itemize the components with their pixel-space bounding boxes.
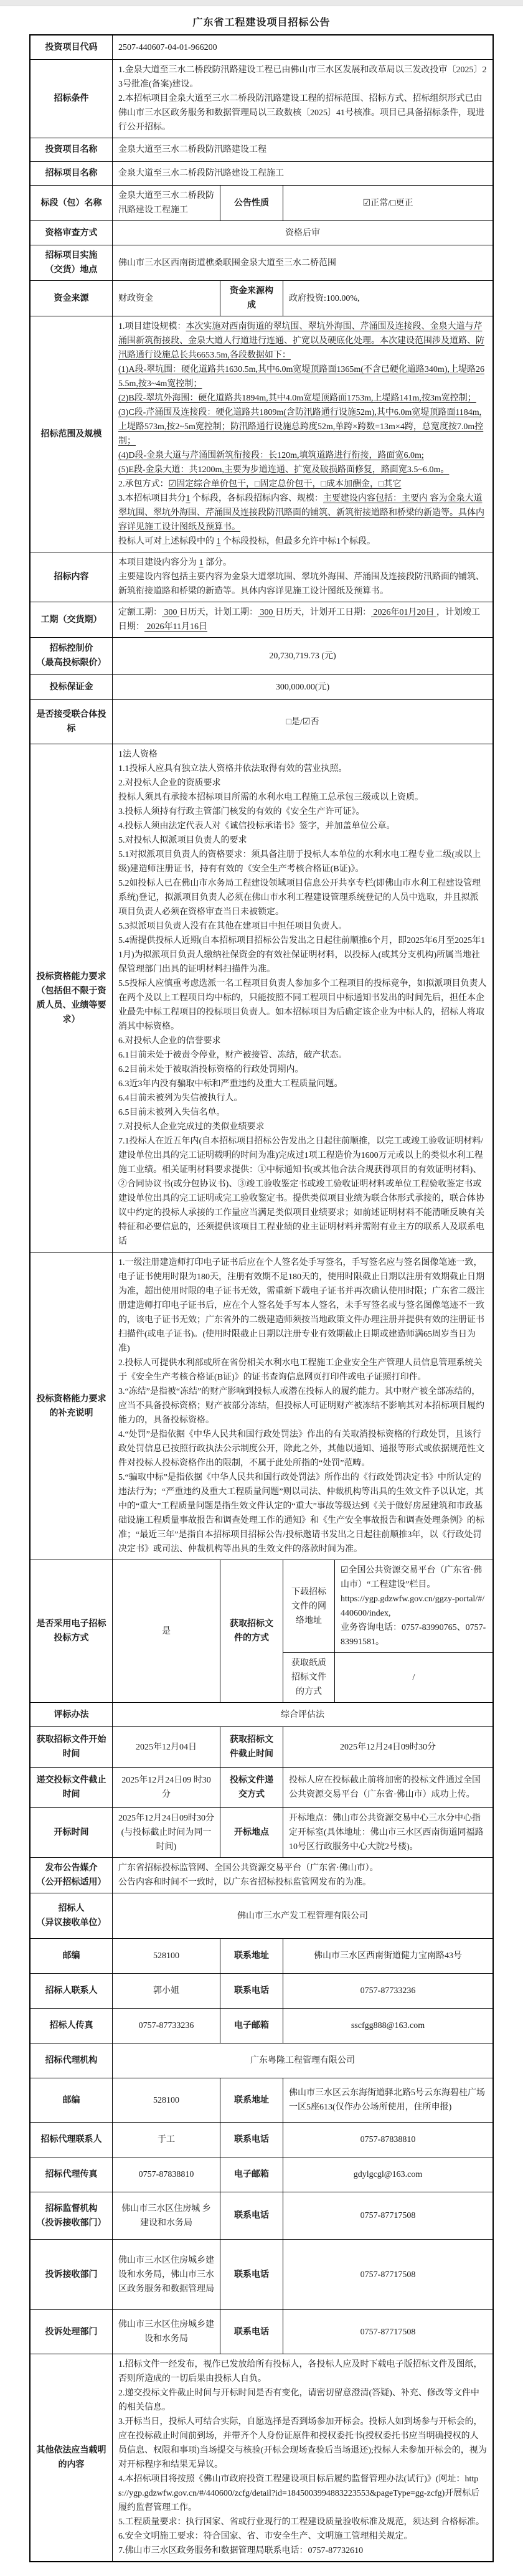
text-segment: 6.1目前未处于被责令停业，财产被接管、冻结，破产状态。 xyxy=(118,1051,347,1060)
obtain-documents-method-label: 获取招标文件的方式 xyxy=(220,1560,283,1702)
row-funding-source: 资金来源财政资金资金来源构成政府投资:100.00%, xyxy=(31,280,492,316)
bid-opening-time-label: 开标时间 xyxy=(31,1808,112,1857)
text-segment: 招标代理传真 xyxy=(45,2170,98,2179)
text-segment: 2026年01月20日 xyxy=(371,608,436,617)
paper-documents-label: 获取纸质招标文件的方式 xyxy=(283,1653,334,1702)
text-segment: 投标人应在投标截止前将加密的投标文件通过全国公共资源交易平台（广东省·佛山市）成… xyxy=(289,1776,481,1799)
row-investment-project-code: 投资项目代码2507-440607-04-01-966200 xyxy=(31,36,492,59)
text-segment: 0757-87733236 xyxy=(139,2021,194,2030)
text-segment: 公告内容和时间不一致时，以广东省招标投标监管网发布的为准。 xyxy=(118,1878,371,1887)
text-segment: 1.一级注册建造师打印电子证书后应在个人签名处手写签名，手写签名应与签名图像笔迹… xyxy=(118,1258,484,1353)
announcement-media-value: 广东省招标投标监管网、全国公共资源交易平台（广东省·佛山市）。公告内容和时间不一… xyxy=(112,1858,492,1893)
text-segment: 获取招标文件开始时间 xyxy=(37,1735,106,1759)
supervision-phone-label: 联系电话 xyxy=(220,2192,283,2239)
text-segment: （包括但不限于资质人员、业绩等要求） xyxy=(37,987,106,1025)
supervision-agency-value: 佛山市三水区住房城 乡建设和水务局 xyxy=(112,2192,220,2239)
text-segment: 广东省招标投标监管网、全国公共资源交易平台（广东省·佛山市）。 xyxy=(118,1863,379,1873)
paragraph: 2.承包方式：☑固定综合单价包干，□固定总价包干，□成本加酬金，□其它 xyxy=(118,477,487,491)
text-segment: 1 xyxy=(199,558,204,567)
text-segment: 其他依法应当载明的内容 xyxy=(37,2446,106,2469)
paragraph: 主要建设内容包括主要内容为金泉大道翠坑围、翠坑外海围、芹涌围及连接段防汛路面的铺… xyxy=(118,570,487,599)
paragraph: 佛山市三水区住房城乡建设和水务局，佛山市三水区政务服务和数据管理局 xyxy=(118,2253,214,2296)
text-segment: 金泉大道至三水二桥段防汛路建设工程施工 xyxy=(118,169,284,178)
agency-contact-label: 招标代理联系人 xyxy=(31,2123,112,2157)
paragraph: 佛山市三水产发工程管理有限公司 xyxy=(118,1909,487,1923)
text-segment: 联系电话 xyxy=(234,2270,269,2280)
row-obtain-documents-time: 获取招标文件开始时间2025年12月04日获取招标文件截止时间2025年12月2… xyxy=(31,1726,492,1767)
row-tenderer-fax: 招标人传真0757-87733236电子邮箱sscfgg888@163.com xyxy=(31,2008,492,2043)
paragraph: 招标控制价 xyxy=(36,642,106,656)
text-segment: 投标资格能力要求 xyxy=(37,972,106,982)
bidding-scope-label: 招标范围及规模 xyxy=(31,316,112,552)
tenderer-label: 招标人（异议接收单位） xyxy=(31,1893,112,1938)
paragraph: 资金来源构成 xyxy=(226,284,277,313)
text-segment: 财政资金 xyxy=(118,294,153,303)
row-bidding-project-name: 招标项目名称金泉大道至三水二桥段防汛路建设工程施工 xyxy=(31,161,492,185)
row-project-location: 招标项目实施（交货）地点佛山市三水区西南街道樵桑联围金泉大道至三水二桥范围 xyxy=(31,245,492,280)
qualification-review-label: 资格审查方式 xyxy=(31,221,112,245)
announcement-nature-value: ☑正常/□更正 xyxy=(283,186,492,220)
paragraph: ☑全国公共资源交易平台（广东省·佛山市）“工程建设”栏目。 xyxy=(341,1563,487,1592)
text-segment: 0757-87717508 xyxy=(360,2211,416,2220)
paragraph: 金泉大道至三水二桥段防汛路建设工程 xyxy=(118,143,487,157)
paragraph: 郭小姐 xyxy=(118,1984,214,1998)
text-segment: 300 xyxy=(162,608,179,617)
text-segment: (5)E段-金泉大道：共1200m,主要为步道连通、扩宽及破损路面修复，路面宽3… xyxy=(118,465,449,475)
paragraph: 获取招标文件开始时间 xyxy=(36,1733,106,1761)
paragraph: 联系电话 xyxy=(226,2325,277,2339)
bid-bond-value: 300,000.00(元) xyxy=(112,675,492,699)
paragraph: 528100 xyxy=(118,1949,214,1963)
paragraph: 4.本招标项目将按照《佛山市政府投资工程建设项目标后履约监督管理办法(试行)》(… xyxy=(118,2472,487,2515)
bidding-content-value: 本项目建设内容分为 1 部分。主要建设内容包括主要内容为金泉大道翠坑围、翠坑外海… xyxy=(112,552,492,602)
text-segment: 20,730,719.73 (元) xyxy=(269,651,336,661)
paragraph: 广东省招标投标监管网、全国公共资源交易平台（广东省·佛山市）。 xyxy=(118,1861,487,1875)
text-segment: 投标保证金 xyxy=(50,683,93,692)
download-url-label: 下载招标文件的网络地址 xyxy=(283,1560,334,1652)
paragraph: 联系地址 xyxy=(226,2093,277,2108)
text-segment: 评标办法 xyxy=(54,1710,89,1720)
text-segment: 佛山市三水区西南街道樵桑联围金泉大道至三水二桥范围 xyxy=(118,258,336,268)
paragraph: 工期（交货期） xyxy=(36,613,106,627)
construction-period-value: 定额工期： 300 日历天，计划工期： 300 日历天，计划开工日期： 2026… xyxy=(112,602,492,637)
paragraph: 邮编 xyxy=(36,2093,106,2108)
paragraph: 2.投标人可提供水利部或所在省份相关水利水电工程施工企业安全生产管理人员信息管理… xyxy=(118,1356,487,1385)
text-segment: 个标段，各标段招标内容、规模： xyxy=(191,494,324,503)
complaint-handling-label: 投诉处理部门 xyxy=(31,2310,112,2354)
paragraph: 佛山市三水区住房城 乡建设和水务局 xyxy=(118,2202,214,2230)
paragraph: 0757-87733236 xyxy=(289,1984,487,1998)
text-segment: 1.金泉大道至三水二桥段防汛路建设工程已由佛山市三水区发展和改革局以三发改投审〔… xyxy=(118,65,487,89)
text-segment: 0757-87717508 xyxy=(360,2270,416,2280)
consortium-bidding-label: 是否接受联合体投标 xyxy=(31,700,112,744)
row-complaint-receiving: 投诉接收部门佛山市三水区住房城乡建设和水务局，佛山市三水区政务服务和数据管理局联… xyxy=(31,2239,492,2309)
text-segment: 3.本招标项目共分 xyxy=(118,494,186,503)
agency-postcode-value: 528100 xyxy=(112,2078,220,2122)
text-segment: (2)B段-翠坑外海围：硬化道路共1894m,其中4.0m宽堤顶路面1753m,… xyxy=(118,394,476,403)
text-segment: 投标文件递交方式 xyxy=(230,1776,273,1799)
paragraph: 1法人资格 xyxy=(118,747,487,762)
paragraph: (2)B段-翠坑外海围：硬化道路共1894m,其中4.0m宽堤顶路面1753m,… xyxy=(118,391,487,405)
bidding-conditions-value: 1.金泉大道至三水二桥段防汛路建设工程已由佛山市三水区发展和改革局以三发改投审〔… xyxy=(112,60,492,138)
paragraph: 邮编 xyxy=(36,1949,106,1963)
paragraph: 本项目建设内容分为 1 部分。 xyxy=(118,556,487,570)
text-segment: 日历天，计划开工日期： xyxy=(275,608,371,617)
paragraph: 6.5目前未被列入失信名单。 xyxy=(118,1106,487,1120)
paragraph: 5.2如投标人已在佛山市水务局工程建设领域项目信息公开共享专栏(即佛山市水利工程… xyxy=(118,876,487,919)
paragraph: 2025年12月24日09 时30分 xyxy=(118,1773,214,1802)
paragraph: 佛山市三水区住房城乡建设和水务局 xyxy=(118,2318,214,2346)
submission-method-label: 投标文件递交方式 xyxy=(220,1768,283,1807)
text-segment: 资金来源构成 xyxy=(230,286,273,310)
row-consortium-bidding: 是否接受联合体投标□是/☑否 xyxy=(31,699,492,744)
paragraph: 投诉处理部门 xyxy=(36,2325,106,2339)
paragraph: 2.递交投标文件截止时间与开标时间是否有变化，请密切留意澄清(答疑)、补充、修改… xyxy=(118,2386,487,2415)
complaint-receiving-phone-value: 0757-87717508 xyxy=(283,2240,492,2309)
paragraph: 投诉接收部门 xyxy=(36,2268,106,2282)
paragraph: 5.1对拟派项目负责人的资格要求：须具备注册于投标人本单位的水利水电工程专业二级… xyxy=(118,848,487,876)
investment-project-name-label: 投资项目名称 xyxy=(31,138,112,161)
paragraph: 招标人联系人 xyxy=(36,1984,106,1998)
submission-deadline-label: 递交投标文件截止时间 xyxy=(31,1768,112,1807)
complaint-receiving-phone-label: 联系电话 xyxy=(220,2240,283,2309)
paragraph: （包括但不限于资质人员、业绩等要求） xyxy=(36,984,106,1027)
tenderer-email-label: 电子邮箱 xyxy=(220,2009,283,2043)
paragraph: 2507-440607-04-01-966200 xyxy=(118,40,487,55)
paragraph: 3.“冻结”是指被“冻结”的财产影响到投标人或潜在投标人的履约能力。其中财产被全… xyxy=(118,1385,487,1428)
text-segment: 6.安全文明施工要求：符合国家、省、市安全生产、文明施工管理相关规定。 xyxy=(118,2532,413,2541)
paragraph: 政府投资:100.00%, xyxy=(289,291,487,306)
text-segment: 电子邮箱 xyxy=(234,2021,269,2030)
investment-project-name-value: 金泉大道至三水二桥段防汛路建设工程 xyxy=(112,138,492,161)
text-segment: 528100 xyxy=(153,2096,179,2105)
paragraph: 3.投标人须持有行政主管部门核发的有效的《安全生产许可证》。 xyxy=(118,805,487,819)
paragraph: 招标项目实施 xyxy=(36,249,106,263)
text-segment: 部分。 xyxy=(204,558,232,567)
consortium-bidding-value: □是/☑否 xyxy=(112,700,492,744)
paragraph: 7.对投标人企业完成过的类似业绩要求 xyxy=(118,1120,487,1134)
tenderer-address-label: 联系地址 xyxy=(220,1939,283,1973)
bidding-content-label: 招标内容 xyxy=(31,552,112,602)
text-segment: 下载招标文件的网络地址 xyxy=(291,1588,326,1626)
text-segment: 佛山市三水区住房城乡建设和水务局 xyxy=(118,2320,214,2344)
evaluation-method-value: 综合评估法 xyxy=(112,1703,492,1726)
investment-project-code-label: 投资项目代码 xyxy=(31,36,112,59)
row-tenderer-contact: 招标人联系人郭小姐联系电话0757-87733236 xyxy=(31,1973,492,2008)
text-segment: (4)D段-金泉大道与芹涌围新筑衔接段：长120m,填筑道路进行衔接，路面宽6.… xyxy=(118,451,424,460)
paragraph: 300,000.00(元) xyxy=(118,680,487,694)
qualification-requirements-value: 1法人资格1.1投标人应具有独立法人资格并依法取得有效的营业执照。2.对投标人企… xyxy=(112,744,492,1252)
text-segment: 5.2如投标人已在佛山市水务局工程建设领域项目信息公开共享专栏(即佛山市水利工程… xyxy=(118,879,481,917)
text-segment: 2025年12月04日 xyxy=(136,1743,197,1752)
text-segment: 是 xyxy=(162,1627,171,1636)
text-segment: 综合评估法 xyxy=(281,1710,324,1720)
text-segment: 佛山市三水区住房城乡建设和水务局，佛山市三水区政务服务和数据管理局 xyxy=(118,2256,214,2294)
row-control-price: 招标控制价（最高投标限价）20,730,719.73 (元) xyxy=(31,637,492,674)
paragraph: 1.项目建设规模：本次实施对西南街道的翠坑围、翠坑外海围、芹涌围及连接段、金泉大… xyxy=(118,320,487,362)
tenderer-contact-label: 招标人联系人 xyxy=(31,1974,112,2008)
text-segment: 招标内容 xyxy=(54,572,89,582)
text-segment: 3.“冻结”是指被“冻结”的财产影响到投标人或潜在投标人的履约能力。其中财产被全… xyxy=(118,1387,484,1425)
text-segment: 5.“骗取中标”是指依据《中华人民共和国行政处罚法》所作出的《行政处罚决定书》中… xyxy=(118,1473,484,1554)
text-segment: 0757-87717508 xyxy=(360,2327,416,2337)
text-segment: 2.本招标项目金泉大道至三水二桥段防汛路建设工程的招标范围、招标方式、招标组织形… xyxy=(118,94,484,132)
row-tenderer-postcode: 邮编528100联系地址佛山市三水区西南街道健力宝南路43号 xyxy=(31,1938,492,1973)
paragraph: 投资项目名称 xyxy=(36,143,106,157)
row-section-name: 标段（包）名称金泉大道至三水二桥段防汛路建设工程施工公告性质☑正常/□更正 xyxy=(31,185,492,220)
paragraph: 5.工程质量要求：执行国家、省或行业现行的工程建设质量验收标准及规范，须达到 合… xyxy=(118,2515,487,2529)
text-segment: 2025年12月24日09时30分 xyxy=(340,1743,436,1752)
text-segment: 300 xyxy=(258,608,275,617)
text-segment: 1.1投标人应具有独立法人资格并依法取得有效的营业执照。 xyxy=(118,764,347,774)
text-segment: 1法人资格 xyxy=(118,750,158,759)
text-segment: 是否采用电子招标投标方式 xyxy=(37,1619,106,1643)
text-segment: 本项目建设内容分为 xyxy=(118,558,199,567)
complaint-handling-phone-value: 0757-87717508 xyxy=(283,2310,492,2354)
paragraph: 投标文件递交方式 xyxy=(226,1773,277,1802)
text-segment: / xyxy=(413,1673,415,1682)
text-segment: 2025年12月24日09 时30分 xyxy=(121,1776,211,1799)
paragraph: 5.“骗取中标”是指依据《中华人民共和国行政处罚法》所作出的《行政处罚决定书》中… xyxy=(118,1470,487,1556)
control-price-value: 20,730,719.73 (元) xyxy=(112,638,492,674)
text-segment: 业务咨询电话：0757-83990765、0757-83991581。 xyxy=(341,1623,486,1647)
text-segment: 联系地址 xyxy=(234,2096,269,2105)
text-segment: 2.对投标人企业的资质要求 xyxy=(118,779,221,788)
paragraph: 公告性质 xyxy=(226,196,277,211)
text-segment: 5.1对拟派项目负责人的资格要求：须具备注册于投标人本单位的水利水电工程专业二级… xyxy=(118,850,481,874)
row-investment-project-name: 投资项目名称金泉大道至三水二桥段防汛路建设工程 xyxy=(31,138,492,161)
text-segment: 2.承包方式： xyxy=(118,480,169,489)
text-segment: 5.3拟派项目负责人没有在其他在建项目中担任项目负责人。 xyxy=(118,922,347,931)
paragraph: 2025年12月24日09时30分(与投标截止时间为同一时间) xyxy=(118,1811,214,1854)
text-segment: 2.递交投标文件截止时间与开标时间是否有变化，请密切留意澄清(答疑)、补充、修改… xyxy=(118,2389,479,2412)
text-segment: 3.开标当日，投标人可结合实际，自愿选择是否到场参加开标会。投标人如到场参与开标… xyxy=(118,2417,487,2469)
section-name-label: 标段（包）名称 xyxy=(31,186,112,220)
paragraph: 佛山市三水区西南街道樵桑联围金泉大道至三水二桥范围 xyxy=(118,256,487,270)
bidding-agency-value: 广东粤隆工程管理有限公司 xyxy=(112,2043,492,2078)
text-segment: 资金来源 xyxy=(54,294,89,303)
text-segment: 投资项目名称 xyxy=(45,145,98,154)
text-segment: 是否接受联合体投标 xyxy=(37,710,106,734)
paragraph: 5.3拟派项目负责人没有在其他在建项目中担任项目负责人。 xyxy=(118,919,487,934)
paragraph: 投标人可对上述标段中的 1 个标段投标，但最多允许中标1个标段。 xyxy=(118,534,487,549)
paragraph: 财政资金 xyxy=(118,291,214,306)
text-segment: 2026年11月16日 xyxy=(144,622,207,632)
text-segment: 公告性质 xyxy=(234,199,269,208)
paragraph: (5)E段-金泉大道：共1200m,主要为步道连通、扩宽及破损路面修复，路面宽3… xyxy=(118,463,487,477)
paragraph: 综合评估法 xyxy=(118,1708,487,1722)
paragraph: 0757-87717508 xyxy=(289,2268,487,2282)
text-segment: 4.本招标项目将按照《佛山市政府投资工程建设项目标后履约监督管理办法(试行)》(… xyxy=(118,2474,479,2512)
complaint-handling-value: 佛山市三水区住房城乡建设和水务局 xyxy=(112,2310,220,2354)
row-announcement-media: 发布公告媒介（公开招标适用）广东省招标投标监管网、全国公共资源交易平台（广东省·… xyxy=(31,1857,492,1893)
paragraph: 5.对投标人拟派项目负责人的要求 xyxy=(118,833,487,848)
paragraph: 资格审查方式 xyxy=(36,226,106,240)
paragraph: sscfgg888@163.com xyxy=(289,2019,487,2033)
text-segment: 标段（包）名称 xyxy=(41,199,102,208)
text-segment: 投标人可对上述标段中的 xyxy=(118,537,217,546)
paragraph: 递交投标文件截止时间 xyxy=(36,1773,106,1802)
paragraph: 4.投标人须由法定代表人对《诚信投标承诺书》签字，并加盖单位公章。 xyxy=(118,819,487,833)
text-segment: 6.5目前未被列入失信名单。 xyxy=(118,1108,225,1117)
text-segment: 招标条件 xyxy=(54,94,89,103)
text-segment: 0757-87838810 xyxy=(360,2135,416,2144)
paragraph: 开标地点 xyxy=(226,1825,277,1840)
row-bidding-content: 招标内容本项目建设内容分为 1 部分。主要建设内容包括主要内容为金泉大道翠坑围、… xyxy=(31,552,492,602)
text-segment: 0757-87733236 xyxy=(360,1986,416,1996)
row-bidding-scope: 招标范围及规模1.项目建设规模：本次实施对西南街道的翠坑围、翠坑外海围、芹涌围及… xyxy=(31,316,492,552)
paragraph: 0757-87838810 xyxy=(289,2133,487,2147)
paragraph: 6.1目前未处于被责令停业，财产被接管、冻结，破产状态。 xyxy=(118,1048,487,1063)
bid-bond-label: 投标保证金 xyxy=(31,675,112,699)
other-content-value: 1.招标文件一经发布，视作已发放给所有投标人，各投标人应及时下载电子版招标文件及… xyxy=(112,2354,492,2561)
paragraph: 联系电话 xyxy=(226,2268,277,2282)
paragraph: （异议接收单位） xyxy=(36,1916,106,1930)
paragraph: (3)C段-芹涌围及连接段：硬化道路共1809m(含防汛路通行设施52m),其中… xyxy=(118,405,487,448)
paragraph: 528100 xyxy=(118,2093,214,2108)
obtain-deadline-value: 2025年12月24日09时30分 xyxy=(283,1727,492,1767)
text-segment: ☑全国公共资源交易平台（广东省·佛山市）“工程建设”栏目。 xyxy=(341,1566,482,1589)
text-segment: 资格后审 xyxy=(285,229,320,238)
row-supervision-agency: 招标监督机构（投诉接收部门）佛山市三水区住房城 乡建设和水务局联系电话0757-… xyxy=(31,2192,492,2239)
qualification-requirements-label: 投标资格能力要求（包括但不限于资质人员、业绩等要求） xyxy=(31,744,112,1252)
row-e-bidding: 是否采用电子招标投标方式是获取招标文件的方式下载招标文件的网络地址☑全国公共资源… xyxy=(31,1560,492,1702)
text-segment: gdylgcgl@163.com xyxy=(354,2170,423,2179)
text-segment: 于工 xyxy=(158,2135,175,2144)
obtain-start-time-value: 2025年12月04日 xyxy=(112,1727,220,1767)
paragraph: 投标保证金 xyxy=(36,680,106,694)
paragraph: ☑正常/□更正 xyxy=(289,196,487,211)
project-location-label: 招标项目实施（交货）地点 xyxy=(31,245,112,280)
paragraph: 6.安全文明施工要求：符合国家、省、市安全生产、文明施工管理相关规定。 xyxy=(118,2529,487,2544)
text-segment: 招标代理机构 xyxy=(45,2056,98,2065)
evaluation-method-label: 评标办法 xyxy=(31,1703,112,1726)
bid-opening-time-value: 2025年12月24日09时30分(与投标截止时间为同一时间) xyxy=(112,1808,220,1857)
text-segment: 5.工程质量要求：执行国家、省或行业现行的工程建设质量验收标准及规范，须达到 合… xyxy=(118,2517,484,2527)
text-segment: 7.对投标人企业完成过的类似业绩要求 xyxy=(118,1122,265,1132)
text-segment: 4.“处罚”是指依据《中华人民共和国行政处罚法》作出的有关取消投标资格的行政处罚… xyxy=(118,1430,484,1468)
paragraph: 招标代理机构 xyxy=(36,2053,106,2068)
text-segment: 5.对投标人拟派项目负责人的要求 xyxy=(118,836,247,845)
paragraph: (1)A段-翠坑围：硬化道路共1630.5m,其中6.0m宽堤顶路面1365m(… xyxy=(118,362,487,391)
text-segment: 佛山市三水产发工程管理有限公司 xyxy=(237,1911,368,1921)
text-segment: 定额工期： xyxy=(118,608,162,617)
paper-documents-value: / xyxy=(334,1653,492,1702)
paragraph: 电子邮箱 xyxy=(226,2019,277,2033)
tenderer-phone-value: 0757-87733236 xyxy=(283,1974,492,2008)
e-bidding-value: 是 xyxy=(112,1560,220,1702)
agency-contact-value: 于工 xyxy=(112,2123,220,2157)
paragraph: 招标条件 xyxy=(36,92,106,106)
paragraph: 6.对投标人企业的信誉要求 xyxy=(118,1034,487,1048)
text-segment: https://ygp.gdzwfw.gov.cn/ggzy-portal/#/… xyxy=(341,1594,484,1618)
text-segment: 招标项目名称 xyxy=(45,169,98,178)
text-segment: 6.2目前未处于被取消投标资格的行政处罚期内。 xyxy=(118,1065,304,1074)
paragraph: 金泉大道至三水二桥段防汛路建设工程施工 xyxy=(118,189,214,217)
paragraph: https://ygp.gdzwfw.gov.cn/ggzy-portal/#/… xyxy=(341,1592,487,1621)
e-bidding-label: 是否采用电子招标投标方式 xyxy=(31,1560,112,1702)
paragraph: 6.2目前未处于被取消投标资格的行政处罚期内。 xyxy=(118,1063,487,1077)
paragraph: （公开招标适用） xyxy=(36,1875,106,1890)
complaint-receiving-value: 佛山市三水区住房城乡建设和水务局，佛山市三水区政务服务和数据管理局 xyxy=(112,2240,220,2309)
text-segment: 主要建设内容包括主要内容为金泉大道翠坑围、翠坑外海围、芹涌围及连接段防汛路面的铺… xyxy=(118,572,484,596)
announcement-nature-label: 公告性质 xyxy=(220,186,283,220)
text-segment: 4.投标人须由法定代表人对《诚信投标承诺书》签字，并加盖单位公章。 xyxy=(118,822,395,831)
funding-source-value: 财政资金 xyxy=(112,281,220,316)
paragraph: 评标办法 xyxy=(36,1708,106,1722)
bid-opening-place-label: 开标地点 xyxy=(220,1808,283,1857)
text-segment: 6.对投标人企业的信誉要求 xyxy=(118,1036,221,1046)
agency-fax-value: 0757-87838810 xyxy=(112,2157,220,2192)
text-segment: 招标代理联系人 xyxy=(41,2135,102,2144)
row-qualification-supplement: 投标资格能力要求的补充说明1.一级注册建造师打印电子证书后应在个人签名处手写签名… xyxy=(31,1252,492,1560)
bidding-conditions-label: 招标条件 xyxy=(31,60,112,138)
text-segment: 招标人 xyxy=(59,1904,85,1913)
paragraph: 招标项目名称 xyxy=(36,166,106,181)
complaint-handling-phone-label: 联系电话 xyxy=(220,2310,283,2354)
funding-source-label: 资金来源 xyxy=(31,281,112,316)
submission-deadline-value: 2025年12月24日09 时30分 xyxy=(112,1768,220,1807)
text-segment: 招标项目实施 xyxy=(45,251,98,260)
paragraph: 广东粤隆工程管理有限公司 xyxy=(118,2053,487,2068)
paragraph: 20,730,719.73 (元) xyxy=(118,649,487,663)
paragraph: 0757-87717508 xyxy=(289,2209,487,2223)
paragraph: 招标监督机构 xyxy=(36,2202,106,2216)
tenderer-postcode-label: 邮编 xyxy=(31,1939,112,1973)
bid-opening-place-value: 开标地点：佛山市公共资源交易中心三水分中心指定开标室(具体地址：佛山市三水区西南… xyxy=(283,1808,492,1857)
text-segment: 招标监督机构 xyxy=(45,2204,98,2214)
paragraph: （投诉接收部门） xyxy=(36,2216,106,2230)
text-segment: 邮编 xyxy=(63,1951,80,1961)
paragraph: 2.本招标项目金泉大道至三水二桥段防汛路建设工程的招标范围、招标方式、招标组织形… xyxy=(118,92,487,135)
funding-composition-label: 资金来源构成 xyxy=(220,281,283,316)
text-segment: 邮编 xyxy=(63,2096,80,2105)
paragraph: 投资项目代码 xyxy=(36,40,106,55)
row-qualification-review: 资格审查方式资格后审 xyxy=(31,220,492,245)
row-agency-postcode: 邮编528100联系地址佛山市三水区云东海街道驿北路5号云东海碧桂广场一区5座6… xyxy=(31,2078,492,2122)
text-segment: 招标控制价 xyxy=(50,644,93,653)
paragraph: 6.3近3年内没有骗取中标和严重违约及重大工程质量问题。 xyxy=(118,1077,487,1091)
text-segment: 郭小姐 xyxy=(153,1986,179,1996)
download-url-value: ☑全国公共资源交易平台（广东省·佛山市）“工程建设”栏目。https://ygp… xyxy=(334,1560,492,1652)
text-segment: 投诉处理部门 xyxy=(45,2327,98,2337)
text-segment: 电子邮箱 xyxy=(234,2170,269,2179)
text-segment: （异议接收单位） xyxy=(37,1918,106,1928)
browser-top-strip xyxy=(0,0,523,6)
paragraph: 招标内容 xyxy=(36,570,106,584)
text-segment: 6.3近3年内没有骗取中标和严重违约及重大工程质量问题。 xyxy=(118,1079,343,1089)
row-bidding-conditions: 招标条件1.金泉大道至三水二桥段防汛路建设工程已由佛山市三水区发展和改革局以三发… xyxy=(31,59,492,138)
row-agency-fax: 招标代理传真0757-87838810电子邮箱gdylgcgl@163.com xyxy=(31,2157,492,2192)
row-evaluation-method: 评标办法综合评估法 xyxy=(31,1702,492,1726)
paragraph: 金泉大道至三水二桥段防汛路建设工程施工 xyxy=(118,166,487,181)
paragraph: 资金来源 xyxy=(36,291,106,306)
complaint-receiving-label: 投诉接收部门 xyxy=(31,2240,112,2309)
text-segment: 2.投标人可提供水利部或所在省份相关水利水电工程施工企业安全生产管理人员信息管理… xyxy=(118,1358,483,1382)
tenderer-postcode-value: 528100 xyxy=(112,1939,220,1973)
agency-address-value: 佛山市三水区云东海街道驿北路5号云东海碧桂广场一区5座613(仅作办公场所使用，… xyxy=(283,2078,492,2122)
text-segment: 7.1投标人在近五年内(自本招标项目招标公告发出之日起往前顺推，以完工或竣工验收… xyxy=(118,1137,484,1246)
paragraph: 获取招标文件截止时间 xyxy=(226,1733,277,1761)
text-segment: 5.5投标人应慎重考虑选派一名工程项目负责人参加多个工程项目的投标竞争，如拟派项… xyxy=(118,979,487,1031)
paragraph: 1.1投标人应具有独立法人资格并依法取得有效的营业执照。 xyxy=(118,762,487,776)
paragraph: 7.佛山市三水区政务服务和数据管理局联系电话：0757-87732610 xyxy=(118,2544,487,2558)
row-complaint-handling: 投诉处理部门佛山市三水区住房城乡建设和水务局联系电话0757-87717508 xyxy=(31,2309,492,2354)
paragraph: 6.4目前未被列为失信被执行人。 xyxy=(118,1091,487,1106)
text-segment: 2025年12月24日09时30分(与投标截止时间为同一时间) xyxy=(118,1814,214,1852)
row-other-content: 其他依法应当载明的内容1.招标文件一经发布，视作已发放给所有投标人，各投标人应及… xyxy=(31,2354,492,2561)
text-segment: 联系电话 xyxy=(234,1986,269,1996)
